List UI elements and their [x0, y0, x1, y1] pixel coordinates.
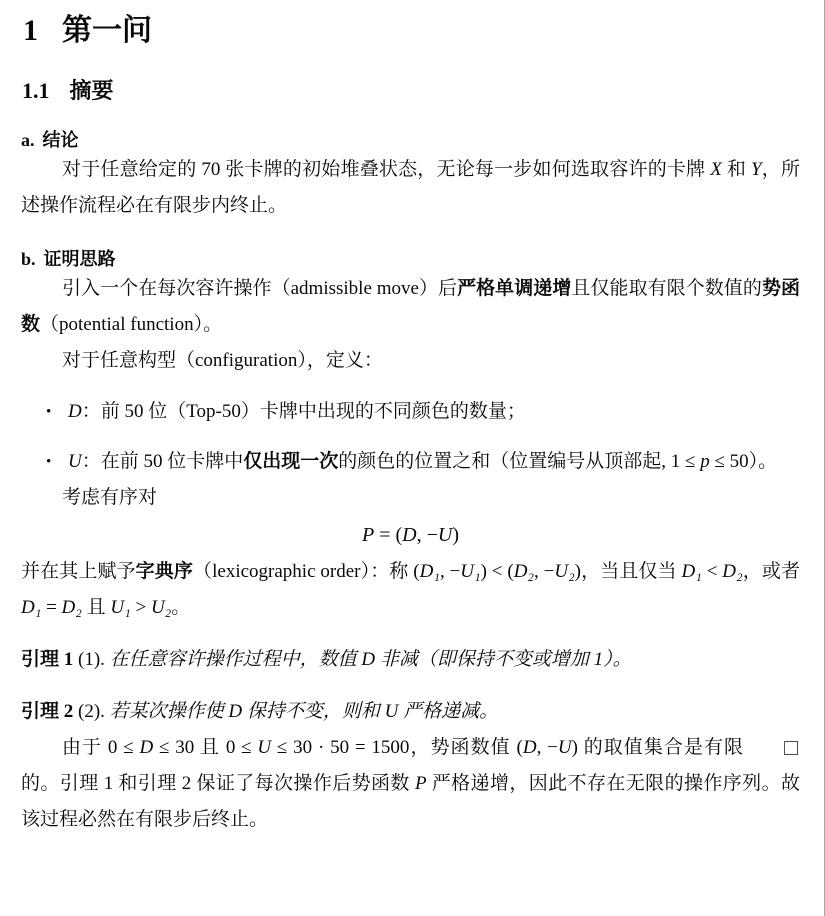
math-variable: X: [710, 159, 722, 180]
subsection-title: 摘要: [70, 78, 114, 103]
math-run: =: [41, 597, 61, 618]
text-run: ）。: [749, 451, 778, 472]
section-title: 第一问: [62, 14, 152, 47]
lemma-2-tag: (2).: [73, 701, 109, 722]
text-run: 且: [194, 737, 226, 758]
lemma-1: 引理 1 (1). 在任意容许操作过程中，数值 D 非减（即保持不变或增加 1）…: [21, 642, 800, 678]
bold-text-run: 字典序: [136, 561, 193, 582]
math-run: >: [131, 597, 151, 618]
paragraph-definitions-intro: 对于任意构型（configuration），定义：: [21, 343, 800, 379]
bullet-icon: •: [46, 444, 68, 480]
math-variable: D₁: [682, 561, 702, 582]
math-run: 1 ≤: [671, 451, 700, 472]
math-run: , −: [537, 737, 558, 758]
bold-text-run: 严格单调递增: [457, 278, 571, 299]
text-run: 并在其上赋予: [21, 561, 136, 582]
math-variable: D₁: [420, 561, 440, 582]
math-variable: D₂: [722, 561, 742, 582]
text-run: 由于: [62, 737, 108, 758]
text-run: （lexicographic order）：称: [193, 561, 413, 582]
math-run: , −: [534, 561, 554, 582]
math-variable: U₂: [554, 561, 574, 582]
math-variable: D₁: [21, 597, 41, 618]
part-b-title: 证明思路: [44, 249, 116, 269]
section-heading: 1第一问: [23, 12, 800, 50]
math-run: <: [702, 561, 722, 582]
text-run: 且仅能取有限个数值的: [571, 278, 762, 299]
text-run: 和: [722, 159, 751, 180]
text-run: （potential function）。: [40, 314, 222, 335]
lemma-1-label: 引理 1: [21, 649, 73, 670]
equation-potential: P = (D, −U): [21, 517, 800, 553]
text-run: ，势函数值: [409, 737, 516, 758]
text-run: ：在前 50 位卡牌中: [82, 451, 244, 472]
paragraph-finiteness-text: 由于 0 ≤ D ≤ 30 且 0 ≤ U ≤ 30 · 50 = 1500，势…: [21, 737, 800, 830]
document-page: 1第一问 1.1摘要 a.结论 对于任意给定的 70 张卡牌的初始堆叠状态，无论…: [0, 0, 825, 916]
text-run: ，或者: [743, 561, 800, 582]
paragraph-finiteness: □由于 0 ≤ D ≤ 30 且 0 ≤ U ≤ 30 · 50 = 1500，…: [21, 730, 800, 838]
lemma-2-label: 引理 2: [21, 701, 73, 722]
math-variable: U: [68, 451, 82, 472]
math-run: ≤ 30: [153, 737, 194, 758]
math-run: = (: [374, 524, 402, 546]
subsection-number: 1.1: [22, 78, 50, 103]
math-variable: D: [139, 737, 153, 758]
math-variable: Y: [751, 159, 762, 180]
subsection-heading: 1.1摘要: [22, 77, 800, 105]
math-variable: D: [402, 524, 416, 546]
math-run: , −: [440, 561, 460, 582]
text-run: 的颜色的位置之和（位置编号从顶部起,: [338, 451, 671, 472]
list-item-u-text: U：在前 50 位卡牌中仅出现一次的颜色的位置之和（位置编号从顶部起, 1 ≤ …: [68, 444, 800, 480]
lemma-1-body: 在任意容许操作过程中，数值 D 非减（即保持不变或增加 1）。: [110, 649, 632, 670]
math-run: 0 ≤: [226, 737, 258, 758]
math-run: ) < (: [481, 561, 514, 582]
math-variable: D: [68, 401, 82, 422]
math-variable: p: [700, 451, 710, 472]
math-run: 0 ≤: [108, 737, 140, 758]
math-variable: U₁: [110, 597, 130, 618]
text-run: 。: [171, 597, 190, 618]
math-run: ): [452, 524, 459, 546]
list-item-u: • U：在前 50 位卡牌中仅出现一次的颜色的位置之和（位置编号从顶部起, 1 …: [21, 444, 800, 480]
math-variable: U₁: [460, 561, 480, 582]
lemma-2: 引理 2 (2). 若某次操作使 D 保持不变，则和 U 严格递减。: [21, 694, 800, 730]
part-a-label: a.: [21, 130, 35, 150]
math-run: ≤ 30 · 50 = 1500: [271, 737, 409, 758]
math-run: ≤ 50: [710, 451, 749, 472]
definition-list: • D：前 50 位（Top-50）卡牌中出现的不同颜色的数量； • U：在前 …: [21, 394, 800, 480]
text-run: 对于任意给定的 70 张卡牌的初始堆叠状态，无论每一步如何选取容许的卡牌: [62, 159, 710, 180]
part-b-label: b.: [21, 249, 36, 269]
math-run: , −: [417, 524, 438, 546]
math-variable: D: [523, 737, 537, 758]
part-a-heading: a.结论: [21, 128, 800, 152]
list-item-d: • D：前 50 位（Top-50）卡牌中出现的不同颜色的数量；: [21, 394, 800, 430]
bullet-icon: •: [46, 394, 68, 430]
math-variable: P: [415, 773, 427, 794]
lemma-2-body: 若某次操作使 D 保持不变，则和 U 严格递减。: [110, 701, 498, 722]
paragraph-ordered-pair-intro: 考虑有序对: [21, 480, 800, 516]
paragraph-conclusion: 对于任意给定的 70 张卡牌的初始堆叠状态，无论每一步如何选取容许的卡牌 X 和…: [21, 152, 800, 224]
section-number: 1: [23, 14, 38, 47]
math-variable: U: [558, 737, 572, 758]
bold-text-run: 仅出现一次: [243, 451, 338, 472]
text-run: ，当且仅当: [581, 561, 682, 582]
math-variable: U: [257, 737, 271, 758]
text-run: ：前 50 位（Top-50）卡牌中出现的不同颜色的数量；: [82, 401, 526, 422]
paragraph-lexicographic: 并在其上赋予字典序（lexicographic order）：称 (D₁, −U…: [21, 554, 800, 626]
math-variable: U: [438, 524, 452, 546]
qed-square-icon: □: [743, 730, 798, 766]
list-item-d-text: D：前 50 位（Top-50）卡牌中出现的不同颜色的数量；: [68, 394, 800, 430]
text-run: 引入一个在每次容许操作（admissible move）后: [62, 278, 457, 299]
lemma-1-tag: (1).: [73, 649, 109, 670]
math-variable: P: [362, 524, 374, 546]
part-b-heading: b.证明思路: [21, 247, 800, 271]
text-run: 且: [82, 597, 111, 618]
paragraph-potential-intro: 引入一个在每次容许操作（admissible move）后严格单调递增且仅能取有…: [21, 271, 800, 343]
part-a-title: 结论: [43, 130, 79, 150]
math-variable: D₂: [514, 561, 534, 582]
math-variable: U₂: [151, 597, 171, 618]
math-variable: D₂: [62, 597, 82, 618]
